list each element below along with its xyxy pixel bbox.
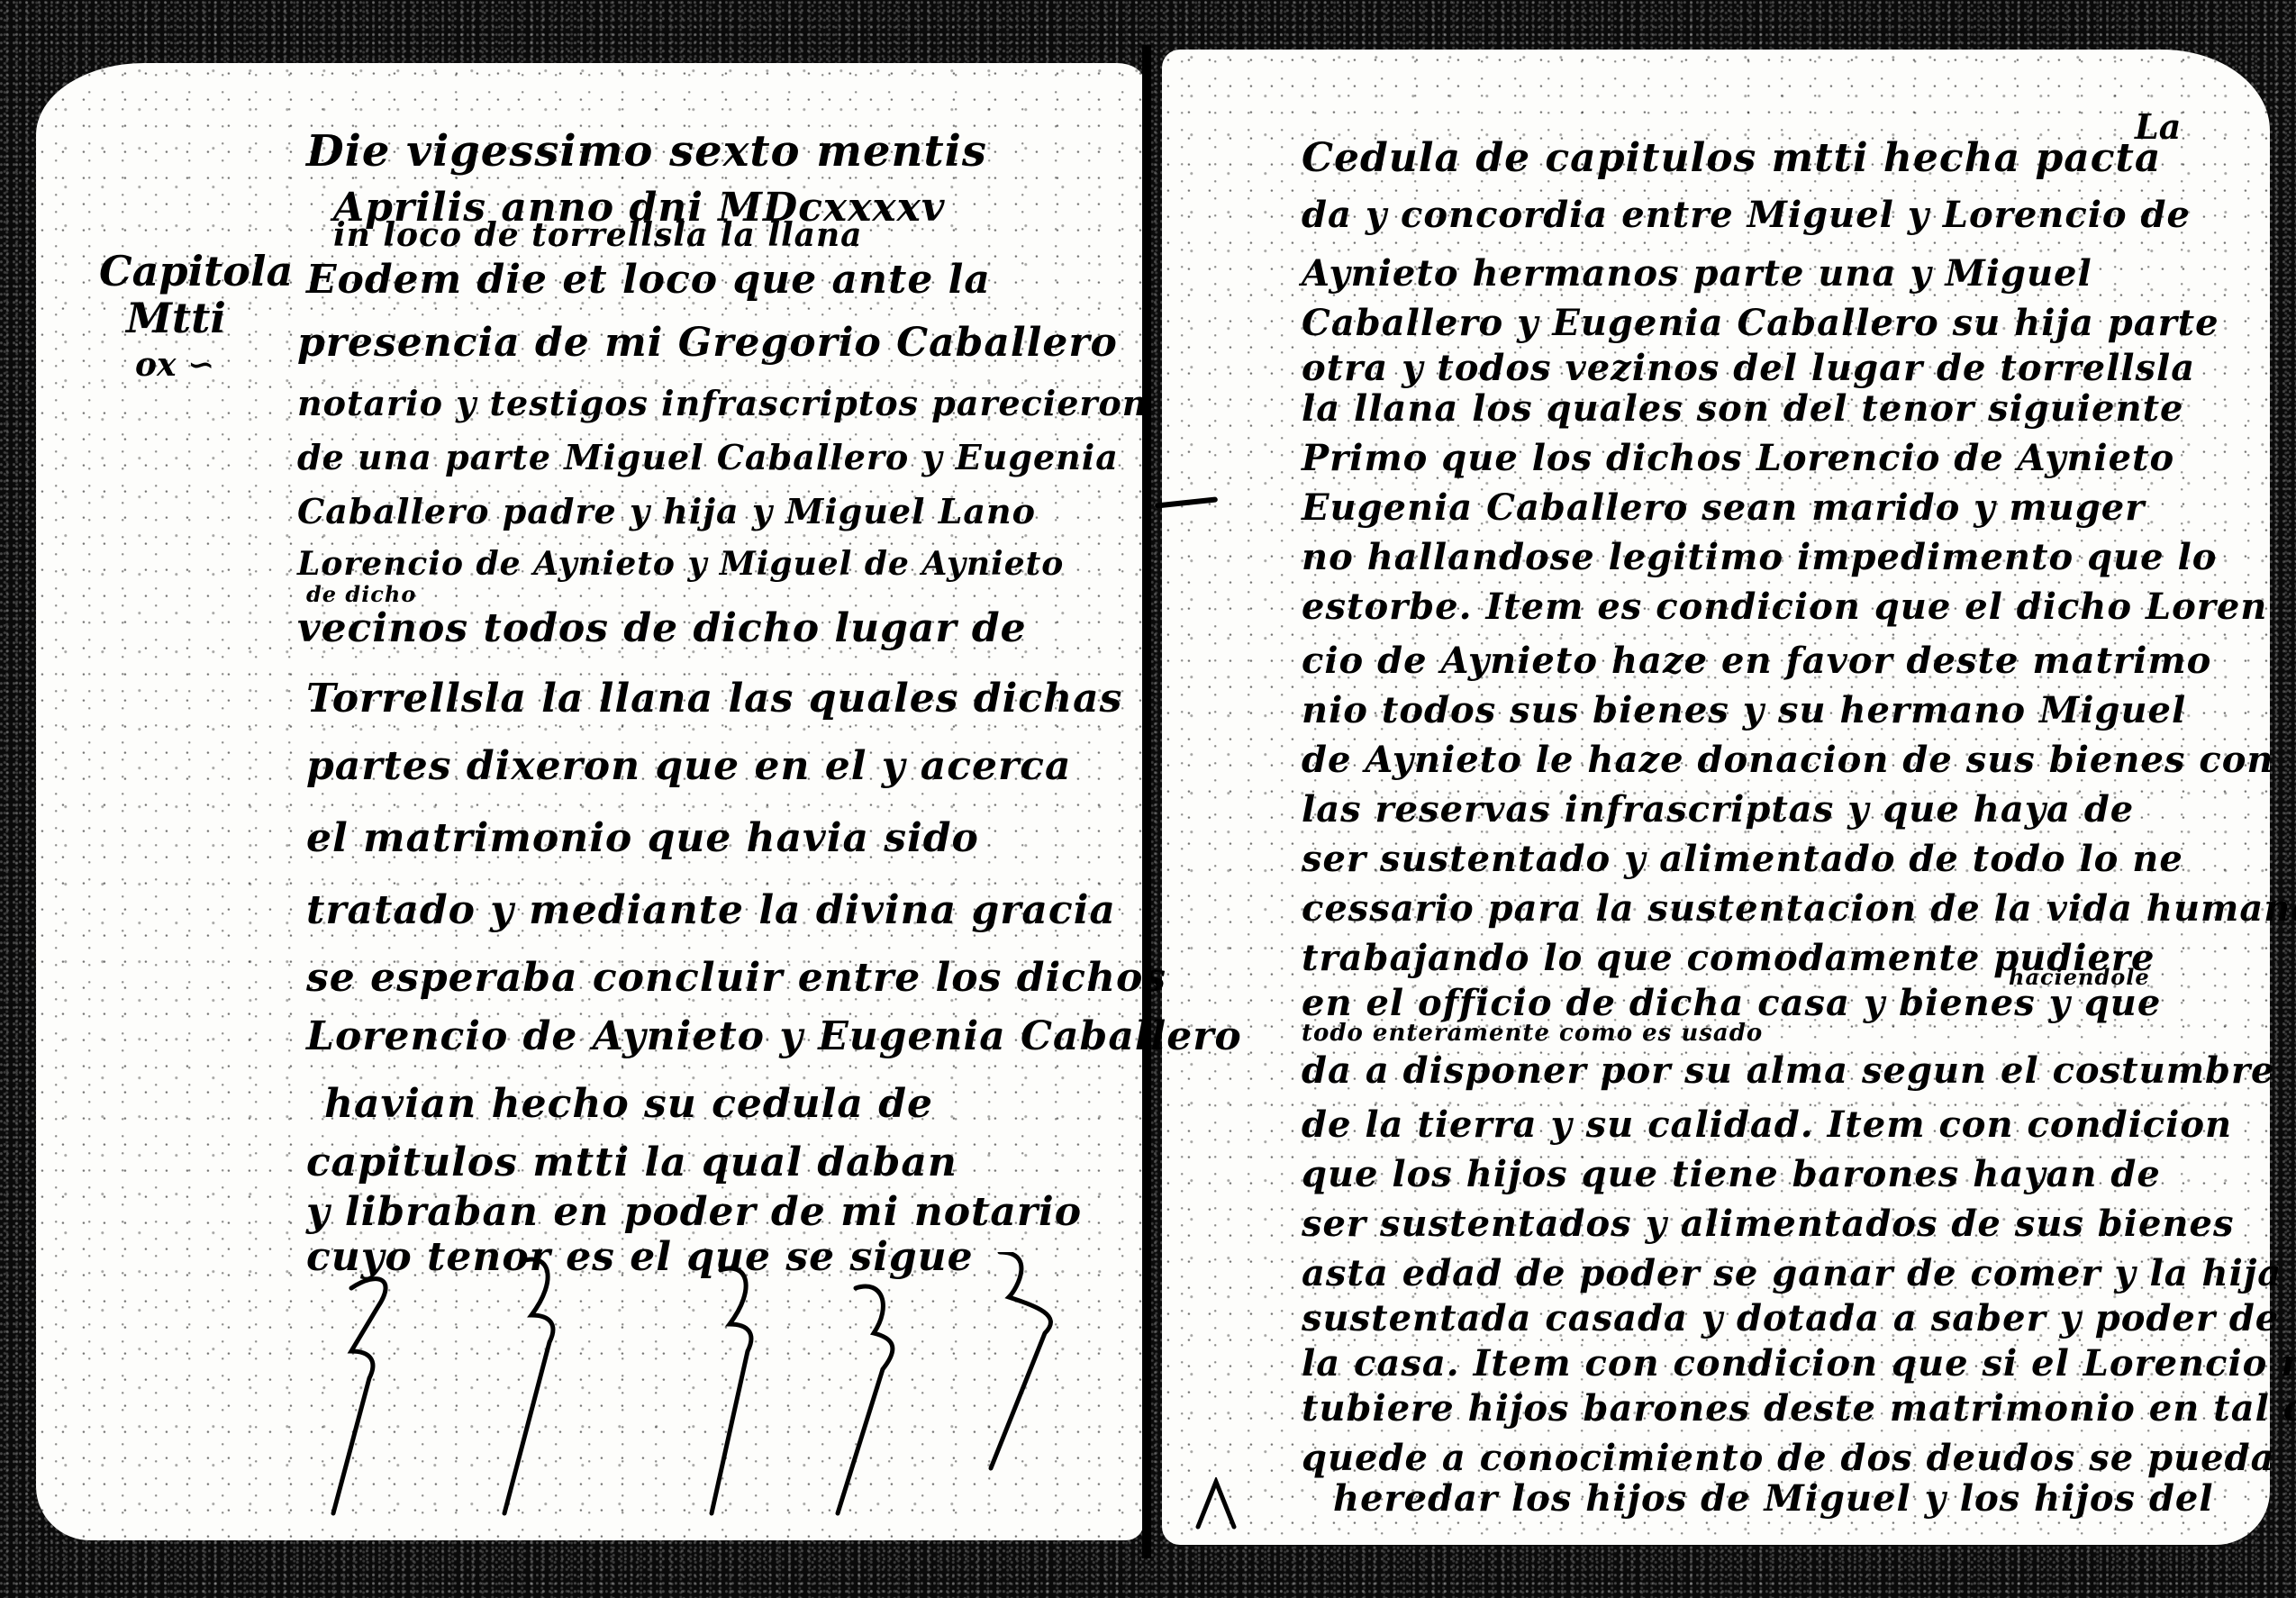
left-line-19: y libraban en poder de mi notario <box>306 1189 1082 1235</box>
right-line-27: quede a conocimiento de dos deudos se pu… <box>1302 1437 2274 1479</box>
right-line-6: la llana los quales son del tenor siguie… <box>1302 387 2184 430</box>
right-line-18: en el officio de dicha casa y bienes y q… <box>1302 982 2161 1024</box>
right-line-24: sustentada casada y dotada a saber y pod… <box>1302 1297 2279 1339</box>
right-line-19: da a disponer por su alma segun el costu… <box>1302 1049 2275 1092</box>
left-line-4: Eodem die et loco que ante la <box>306 257 991 303</box>
left-line-5: presencia de mi Gregorio Caballero <box>297 320 1118 366</box>
right-line-5: otra y todos vezinos del lugar de torrel… <box>1302 347 2195 389</box>
right-line-25: la casa. Item con condicion que si el Lo… <box>1302 1342 2296 1385</box>
right-line-16: cessario para la sustentacion de la vida… <box>1302 887 2296 930</box>
right-line-11: cio de Aynieto haze en favor deste matri… <box>1302 640 2211 682</box>
left-line-11: Torrellsla la llana las quales dichas <box>306 676 1122 722</box>
left-line-14: tratado y mediante la divina gracia <box>306 887 1116 933</box>
left-line-17: havian hecho su cedula de <box>324 1081 933 1127</box>
left-line-6: notario y testigos infrascriptos parecie… <box>297 383 1148 423</box>
interlinear-insert: de dicho <box>306 581 416 607</box>
right-line-23: asta edad de poder se ganar de comer y l… <box>1302 1252 2282 1294</box>
right-line-20: de la tierra y su calidad. Item con cond… <box>1302 1103 2232 1146</box>
left-line-3: in loco de torrellsla la llana <box>333 216 863 254</box>
right-line-14: las reservas infrascriptas y que haya de <box>1302 788 2134 831</box>
right-line-12: nio todos sus bienes y su hermano Miguel <box>1302 689 2186 731</box>
binding-gutter <box>1142 45 1151 1558</box>
left-line-15: se esperaba concluir entre los dichos <box>306 955 1166 1001</box>
right-line-1: Cedula de capitulos mtti hecha pacta <box>1302 135 2161 181</box>
right-line-15: ser sustentado y alimentado de todo lo n… <box>1302 838 2183 880</box>
margin-note-line: ox ∽ <box>135 341 293 388</box>
right-line-3: Aynieto hermanos parte una y Miguel <box>1302 252 2092 295</box>
right-line-7: Primo que los dichos Lorencio de Aynieto <box>1302 437 2174 479</box>
right-line-28: heredar los hijos de Miguel y los hijos … <box>1333 1477 2214 1520</box>
left-line-13: el matrimonio que havia sido <box>306 815 979 861</box>
right-line-10: estorbe. Item es condicion que el dicho … <box>1302 586 2267 628</box>
margin-note-line: Capitola <box>99 248 293 295</box>
page-edge-mark-icon <box>1193 1477 1248 1531</box>
left-line-1: Die vigessimo sexto mentis <box>306 126 987 177</box>
left-line-9: Lorencio de Aynieto y Miguel de Aynieto <box>297 545 1064 583</box>
left-line-10: vecinos todos de dicho lugar de <box>297 605 1027 651</box>
margin-note: Capitola Mtti ox ∽ <box>99 248 293 388</box>
left-line-8: Caballero padre y hija y Miguel Lano <box>297 491 1036 531</box>
right-line-26: tubiere hijos barones deste matrimonio e… <box>1302 1387 2296 1430</box>
left-line-12: partes dixeron que en el y acerca <box>306 743 1071 789</box>
closing-flourish-strokes <box>297 1252 1108 1522</box>
right-line-22: ser sustentados y alimentados de sus bie… <box>1302 1203 2234 1245</box>
margin-note-line: Mtti <box>126 295 293 341</box>
right-line-9: no hallandose legitimo impedimento que l… <box>1302 536 2217 578</box>
interlinear-insert-2: todo enteramente como es usado <box>1302 1020 1763 1047</box>
left-line-18: capitulos mtti la qual daban <box>306 1139 957 1185</box>
right-line-8: Eugenia Caballero sean marido y muger <box>1302 486 2145 529</box>
right-line-2: da y concordia entre Miguel y Lorencio d… <box>1302 194 2191 236</box>
left-line-7: de una parte Miguel Caballero y Eugenia <box>297 437 1119 477</box>
right-line-21: que los hijos que tiene barones hayan de <box>1302 1153 2161 1195</box>
left-line-16: Lorencio de Aynieto y Eugenia Caballero <box>306 1013 1242 1059</box>
right-line-13: de Aynieto le haze donacion de sus biene… <box>1302 739 2273 781</box>
right-line-4: Caballero y Eugenia Caballero su hija pa… <box>1302 302 2219 344</box>
